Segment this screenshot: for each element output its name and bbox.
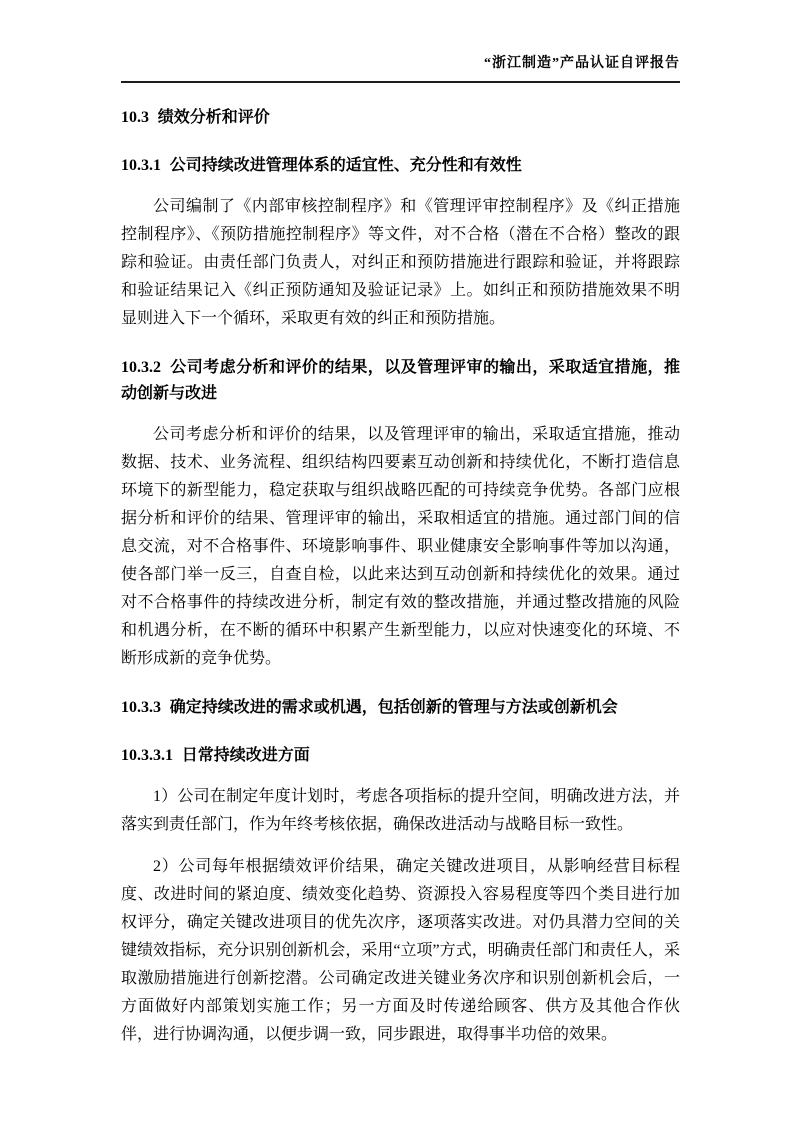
heading-number: 10.3.1: [121, 157, 161, 174]
paragraph-10-3-1: 公司编制了《内部审核控制程序》和《管理评审控制程序》及《纠正措施控制程序》、《预…: [121, 193, 680, 333]
section-heading-10-3: 10.3绩效分析和评价: [121, 105, 680, 131]
section-heading-10-3-2: 10.3.2公司考虑分析和评价的结果，以及管理评审的输出，采取适宜措施，推动创新…: [121, 355, 680, 407]
heading-text: 确定持续改进的需求或机遇，包括创新的管理与方法或创新机会: [170, 699, 618, 716]
heading-text: 绩效分析和评价: [158, 109, 270, 126]
heading-text: 日常持续改进方面: [182, 747, 310, 764]
section-heading-10-3-3-1: 10.3.3.1日常持续改进方面: [121, 743, 680, 769]
paragraph-item-2: 2）公司每年根据绩效评价结果，确定关键改进项目，从影响经营目标程度、改进时间的紧…: [121, 853, 680, 1049]
paragraph-10-3-2: 公司考虑分析和评价的结果，以及管理评审的输出，采取适宜措施，推动数据、技术、业务…: [121, 421, 680, 673]
heading-number: 10.3.2: [121, 359, 161, 376]
page-header: “浙江制造”产品认证自评报告: [121, 52, 680, 83]
heading-number: 10.3.3.1: [121, 747, 173, 764]
document-page: “浙江制造”产品认证自评报告 10.3绩效分析和评价 10.3.1公司持续改进管…: [0, 0, 800, 1131]
paragraph-item-1: 1）公司在制定年度计划时，考虑各项指标的提升空间，明确改进方法，并落实到责任部门…: [121, 783, 680, 839]
document-body: 10.3绩效分析和评价 10.3.1公司持续改进管理体系的适宜性、充分性和有效性…: [121, 105, 680, 1049]
header-title: “浙江制造”产品认证自评报告: [484, 56, 680, 71]
heading-number: 10.3.3: [121, 699, 161, 716]
section-heading-10-3-3: 10.3.3确定持续改进的需求或机遇，包括创新的管理与方法或创新机会: [121, 695, 680, 721]
heading-text: 公司持续改进管理体系的适宜性、充分性和有效性: [170, 157, 522, 174]
section-heading-10-3-1: 10.3.1公司持续改进管理体系的适宜性、充分性和有效性: [121, 153, 680, 179]
heading-text: 公司考虑分析和评价的结果，以及管理评审的输出，采取适宜措施，推动创新与改进: [121, 359, 680, 402]
heading-number: 10.3: [121, 109, 149, 126]
